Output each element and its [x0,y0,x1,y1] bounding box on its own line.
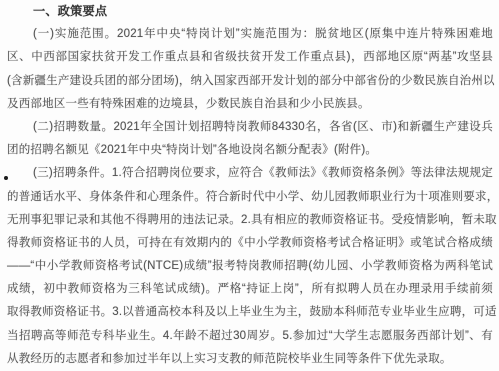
text-line: 取得教师资格证书。3.以普通高校本科及以上毕业生为主，鼓励本科师范专业毕业生应聘… [7,301,493,324]
text-line: 及西部地区一些有特殊困难的边境县，少数民族自治县和少小民族县。 [7,93,493,116]
text-line: 无刑事犯罪记录和其他不得聘用的违法记录。2.具有相应的教师资格证书。受疫情影响，… [7,209,493,232]
text-line: 成绩，初中教师资格为三科笔试成绩)。严格“持证上岗”，所有拟聘人员在办理录用手续… [7,278,493,301]
article-page: 一、政策要点 (一)实施范围。2021年中央“特岗计划”实施范围为：脱贫地区(原… [0,0,499,371]
text-line: 的普通话水平、身体条件和心理条件。符合新时代中小学、幼儿园教师职业行为十项准则要… [7,186,493,209]
text-line: (三)招聘条件。1.符合招聘岗位要求，应符合《教师法》《教师资格条例》等法律法规… [7,162,493,185]
paragraph-implementation-scope: (一)实施范围。2021年中央“特岗计划”实施范围为：脱贫地区(原集中连片特殊困… [7,23,493,116]
text-line: 当招聘高等师范专科毕业生。4.年龄不超过30周岁。5.参加过“大学生志愿服务西部… [7,325,493,348]
text-line: 区、中西部国家扶贫开发工作重点县和省级扶贫开发工作重点县)，西部地区原“两基”攻… [7,46,493,69]
text-line: 得教师资格证书的人员，可持在有效期内的《中小学教师资格考试合格证明》或笔试合格成… [7,232,493,255]
paragraph-recruitment-quota: (二)招聘数量。2021年全国计划招聘特岗教师84330名，各省(区、市)和新疆… [7,116,493,162]
text-line: (一)实施范围。2021年中央“特岗计划”实施范围为：脱贫地区(原集中连片特殊困… [7,23,493,46]
section-heading: 一、政策要点 [7,0,493,23]
text-line: ——“中小学教师资格考试(NTCE)成绩”报考特岗教师招聘(幼儿园、小学教师资格… [7,255,493,278]
text-line: (含新疆生产建设兵团的部分团场)，纳入国家西部开发计划的部分中部省份的少数民族自… [7,70,493,93]
policy-document: 一、政策要点 (一)实施范围。2021年中央“特岗计划”实施范围为：脱贫地区(原… [7,0,493,371]
paragraph-recruitment-conditions: (三)招聘条件。1.符合招聘岗位要求，应符合《教师法》《教师资格条例》等法律法规… [7,162,493,371]
text-line: (二)招聘数量。2021年全国计划招聘特岗教师84330名，各省(区、市)和新疆… [7,116,493,139]
text-line: 团的招聘名额见《2021年中央“特岗计划”各地设岗名额分配表》(附件)。 [7,139,493,162]
text-line: 从教经历的志愿者和参加过半年以上实习支教的师范院校毕业生同等条件下优先录取。 [7,348,493,371]
